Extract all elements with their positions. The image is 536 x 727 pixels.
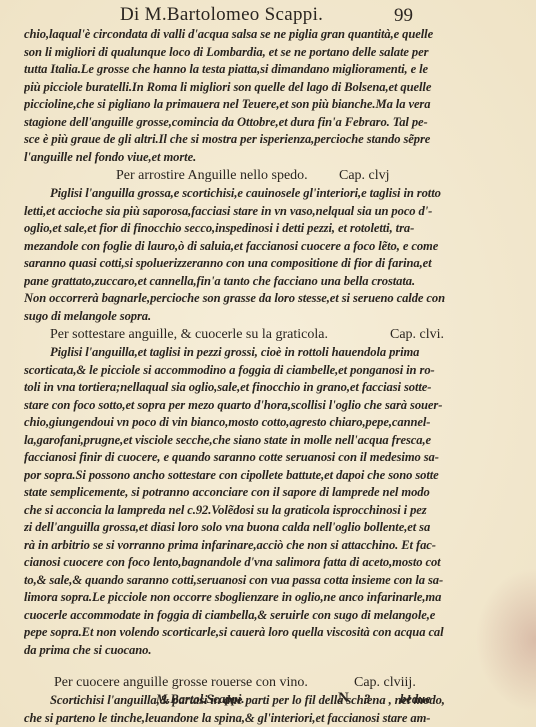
text-line: che si acconcia la lampreda nel c.92.Vol…: [24, 502, 494, 520]
text-line: scorticata,& le picciole si accommodino …: [24, 362, 494, 380]
text-line: stare con foco sotto,et sopra per mezo q…: [24, 397, 494, 415]
text-line: Non occorrerà bagnarle,perciochе son gra…: [24, 290, 494, 308]
paragraph-continuation: chio,laqual'è circondata di valli d'acqu…: [24, 26, 494, 166]
text-line: rà in arbitrio se si vorranno prima infa…: [24, 537, 494, 555]
recipe-title: Per sottestare anguille, & cuocerle su l…: [50, 325, 328, 344]
text-line: mezandole con foglie di lauro,ò di salui…: [24, 238, 494, 256]
text-line: più picciole buratelli.In Roma li miglio…: [24, 79, 494, 97]
text-line: pane grattato,zuccaro,et cannella,fin'a …: [24, 273, 494, 291]
text-line: tutta Italia.Le grosse che hanno la test…: [24, 61, 494, 79]
signature-text: M.Bartol.Scappi.: [156, 692, 245, 707]
chapter-number: Cap. clviij.: [354, 673, 416, 692]
text-line: limora sopra.Le picciole non occorre sbo…: [24, 589, 494, 607]
text-line: zi dell'anguilla grossa,et diasi loro so…: [24, 519, 494, 537]
text-line: cianosi cuocere con foco lento,bagnandol…: [24, 554, 494, 572]
text-line: sugo di melangole sopra.: [24, 308, 494, 326]
text-line: che si parteno le tinche,leuandone la sp…: [24, 710, 494, 727]
text-line: oglio,et sale,et fior di finocchio secco…: [24, 220, 494, 238]
recipe-heading: Per cuocere anguille grosse rouerse con …: [24, 673, 494, 692]
spacer: [24, 659, 494, 673]
text-line: son li migliori di qualunque loco di Lom…: [24, 44, 494, 62]
recipe-title: Per arrostire Anguille nello spedo.: [116, 166, 308, 185]
chapter-number: Cap. clvi.: [390, 325, 444, 344]
text-line: faccianosi finir di cuocere, e quando sa…: [24, 449, 494, 467]
text-line: chio,laqual'è circondata di valli d'acqu…: [24, 26, 494, 44]
text-line: por sopra.Si possono ancho sottestare co…: [24, 467, 494, 485]
signature-number: 3: [364, 692, 370, 707]
text-line: chio,giungendoui vn poco di vin bianco,m…: [24, 414, 494, 432]
text-line: Piglisi l'anguilla,et taglisi in pezzi g…: [24, 344, 494, 362]
text-line: l'anguille nel fondo viue,et morte.: [24, 149, 494, 167]
recipe-section: Per sottestare anguille, & cuocerle su l…: [24, 325, 494, 659]
text-line: letti,et acciochе sia più saporosa,facci…: [24, 203, 494, 221]
running-head: Di M.Bartolomeo Scappi.: [120, 4, 323, 26]
text-line: da prima che si cuocano.: [24, 642, 494, 660]
body-text: chio,laqual'è circondata di valli d'acqu…: [24, 26, 494, 727]
recipe-heading: Per arrostire Anguille nello spedo. Cap.…: [24, 166, 494, 185]
text-line: state semplicemente, si potranno acconci…: [24, 484, 494, 502]
text-line: Piglisi l'anguilla grossa,e scortichisi,…: [24, 185, 494, 203]
text-line: sce è più graue de gli altri.Il che si m…: [24, 131, 494, 149]
page-footer: M.Bartol.Scappi. N 3 bedue: [0, 692, 536, 712]
page-number: 99: [394, 5, 413, 27]
recipe-heading: Per sottestare anguille, & cuocerle su l…: [24, 325, 494, 344]
page-header: Di M.Bartolomeo Scappi. 99: [0, 4, 536, 28]
text-line: picciolinе,che si pigliano la primauera …: [24, 96, 494, 114]
chapter-number: Cap. clvj: [339, 166, 390, 185]
text-line: to,& sale,& quando saranno cotti,seruano…: [24, 572, 494, 590]
signature-mark: N: [338, 690, 349, 707]
text-line: cuocerle accommodate in foggia di ciambe…: [24, 607, 494, 625]
recipe-title: Per cuocere anguille grosse rouerse con …: [54, 673, 308, 692]
text-line: la,garofani,prugne,et visciole secche,ch…: [24, 432, 494, 450]
text-line: pepe sopra.Et non volendo scorticarle,si…: [24, 624, 494, 642]
book-page: Di M.Bartolomeo Scappi. 99 chio,laqual'è…: [0, 0, 536, 727]
text-line: stagione dell'anguille grosse,comincia d…: [24, 114, 494, 132]
text-line: toli in vna tortiera;nellaqual sia oglio…: [24, 379, 494, 397]
catchword: bedue: [400, 692, 431, 707]
recipe-section: Per arrostire Anguille nello spedo. Cap.…: [24, 166, 494, 325]
text-line: saranno quasi cotti,si spoluerizzeranno …: [24, 255, 494, 273]
